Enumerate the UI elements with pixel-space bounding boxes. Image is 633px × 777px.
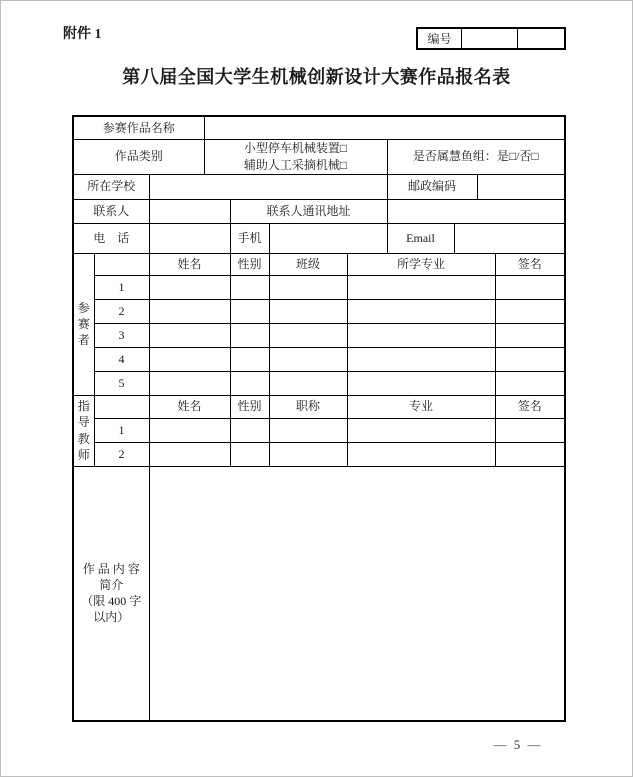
school-label-cell: 所在学校: [73, 174, 149, 199]
category-label-cell: 作品类别: [73, 139, 204, 174]
entry-name-row: 参赛作品名称: [73, 116, 565, 139]
participant-row-1: 1: [73, 275, 565, 299]
participant-row-3: 3: [73, 323, 565, 347]
advisors-title-header-cell: 职称: [269, 395, 347, 418]
participants-gender-header-cell: 性别: [230, 253, 269, 275]
advisor-row-1: 1: [73, 418, 565, 442]
school-row: 所在学校 邮政编码: [73, 174, 565, 199]
participant-gender-cell: [230, 299, 269, 323]
email-label-cell: Email: [387, 223, 454, 253]
participant-name-cell: [149, 299, 230, 323]
advisor-major-cell: [347, 442, 495, 466]
summary-row: 作 品 内 容 简介 （限 400 字 以内）: [73, 466, 565, 721]
registration-table: 参赛作品名称 作品类别 小型停车机械装置□ 辅助人工采摘机械□ 是否属慧鱼组：是…: [72, 115, 566, 722]
participant-gender-cell: [230, 323, 269, 347]
participant-signature-cell: [495, 275, 565, 299]
advisors-number-header-cell: [94, 395, 149, 418]
participant-gender-cell: [230, 347, 269, 371]
participant-row-5: 5: [73, 371, 565, 395]
category-row: 作品类别 小型停车机械装置□ 辅助人工采摘机械□ 是否属慧鱼组：是□/否□: [73, 139, 565, 174]
phone-label-cell: 电 话: [73, 223, 149, 253]
participant-class-cell: [269, 275, 347, 299]
page-number: — 5 —: [473, 737, 563, 753]
participant-name-cell: [149, 347, 230, 371]
contact-value-cell: [149, 199, 230, 223]
document-page: 附件 1 编号 第八届全国大学生机械创新设计大赛作品报名表 参赛作品名称 作品类…: [0, 0, 633, 777]
row-number-cell: 5: [94, 371, 149, 395]
advisors-gender-header-cell: 性别: [230, 395, 269, 418]
advisor-title-cell: [269, 442, 347, 466]
participant-name-cell: [149, 371, 230, 395]
advisor-signature-cell: [495, 442, 565, 466]
advisors-major-header-cell: 专业: [347, 395, 495, 418]
contact-address-value-cell: [387, 199, 565, 223]
number-value-cell-1: [461, 29, 517, 48]
advisor-signature-cell: [495, 418, 565, 442]
participant-class-cell: [269, 323, 347, 347]
advisor-title-cell: [269, 418, 347, 442]
participant-signature-cell: [495, 323, 565, 347]
advisor-row-2: 2: [73, 442, 565, 466]
school-value-cell: [149, 174, 387, 199]
participant-class-cell: [269, 347, 347, 371]
postal-code-value-cell: [477, 174, 565, 199]
participant-name-cell: [149, 323, 230, 347]
participants-name-header-cell: 姓名: [149, 253, 230, 275]
advisor-gender-cell: [230, 442, 269, 466]
advisors-name-header-cell: 姓名: [149, 395, 230, 418]
row-number-cell: 2: [94, 442, 149, 466]
contact-address-label-cell: 联系人通讯地址: [230, 199, 387, 223]
participant-major-cell: [347, 323, 495, 347]
participant-class-cell: [269, 299, 347, 323]
participant-major-cell: [347, 275, 495, 299]
participant-class-cell: [269, 371, 347, 395]
row-number-cell: 4: [94, 347, 149, 371]
number-value-cell-2: [517, 29, 564, 48]
advisor-gender-cell: [230, 418, 269, 442]
phone-row: 电 话 手机 Email: [73, 223, 565, 253]
contact-row: 联系人 联系人通讯地址: [73, 199, 565, 223]
advisor-name-cell: [149, 442, 230, 466]
participant-row-2: 2: [73, 299, 565, 323]
participant-gender-cell: [230, 371, 269, 395]
participants-number-header-cell: [94, 253, 149, 275]
summary-content-cell: [149, 466, 565, 721]
entry-name-label-cell: 参赛作品名称: [73, 116, 204, 139]
summary-label-cell: 作 品 内 容 简介 （限 400 字 以内）: [73, 466, 149, 721]
row-number-cell: 2: [94, 299, 149, 323]
category-options-cell: 小型停车机械装置□ 辅助人工采摘机械□: [204, 139, 387, 174]
row-number-cell: 1: [94, 418, 149, 442]
number-box: 编号: [416, 27, 566, 50]
participant-signature-cell: [495, 347, 565, 371]
participant-name-cell: [149, 275, 230, 299]
participants-group-label-cell: 参 赛 者: [73, 253, 94, 395]
email-value-cell: [454, 223, 565, 253]
participant-gender-cell: [230, 275, 269, 299]
advisor-major-cell: [347, 418, 495, 442]
page-title: 第八届全国大学生机械创新设计大赛作品报名表: [1, 63, 632, 89]
participant-major-cell: [347, 347, 495, 371]
participants-class-header-cell: 班级: [269, 253, 347, 275]
participant-signature-cell: [495, 371, 565, 395]
number-label: 编号: [418, 29, 461, 48]
attachment-label: 附件 1: [63, 23, 102, 43]
fischertechnik-cell: 是否属慧鱼组：是□/否□: [387, 139, 565, 174]
row-number-cell: 1: [94, 275, 149, 299]
participant-signature-cell: [495, 299, 565, 323]
advisors-signature-header-cell: 签名: [495, 395, 565, 418]
phone-value-cell: [149, 223, 230, 253]
mobile-label-cell: 手机: [230, 223, 269, 253]
row-number-cell: 3: [94, 323, 149, 347]
contact-label-cell: 联系人: [73, 199, 149, 223]
mobile-value-cell: [269, 223, 387, 253]
participants-signature-header-cell: 签名: [495, 253, 565, 275]
participants-major-header-cell: 所学专业: [347, 253, 495, 275]
participant-row-4: 4: [73, 347, 565, 371]
advisor-name-cell: [149, 418, 230, 442]
advisors-group-label-cell: 指 导 教 师: [73, 395, 94, 466]
postal-code-label-cell: 邮政编码: [387, 174, 477, 199]
participants-header-row: 参 赛 者 姓名 性别 班级 所学专业 签名: [73, 253, 565, 275]
advisors-header-row: 指 导 教 师 姓名 性别 职称 专业 签名: [73, 395, 565, 418]
entry-name-value-cell: [204, 116, 565, 139]
participant-major-cell: [347, 299, 495, 323]
participant-major-cell: [347, 371, 495, 395]
